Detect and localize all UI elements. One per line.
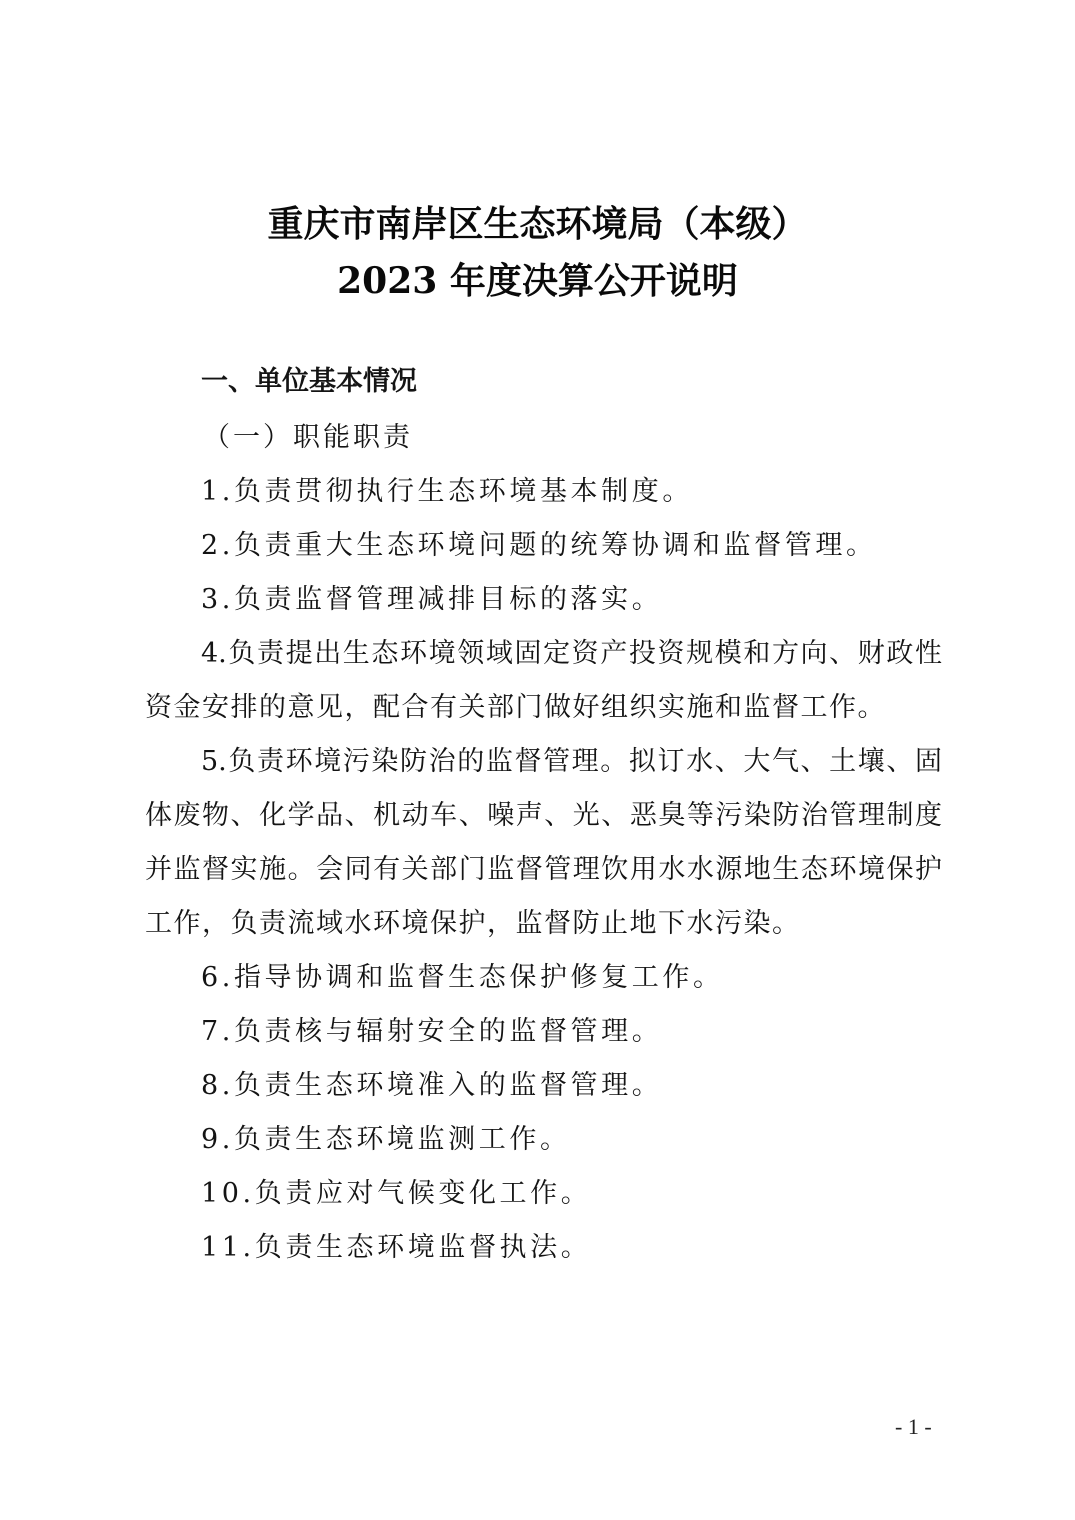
duty-item-4-line-1: 4.负责提出生态环境领域固定资产投资规模和方向、财政性 [201, 638, 942, 670]
document-title-line-1: 重庆市南岸区生态环境局（本级） [0, 196, 1075, 247]
duty-item-2: 2.负责重大生态环境问题的统筹协调和监督管理。 [201, 530, 877, 562]
duty-item-6: 6.指导协调和监督生态保护修复工作。 [201, 962, 724, 994]
duty-item-7: 7.负责核与辐射安全的监督管理。 [201, 1016, 662, 1048]
duty-item-8: 8.负责生态环境准入的监督管理。 [201, 1070, 662, 1102]
duty-item-5-line-1: 5.负责环境污染防治的监督管理。拟订水、大气、土壤、固 [201, 746, 942, 778]
document-title-line-2: 2023 年度决算公开说明 [0, 253, 1075, 304]
duty-item-4-line-2: 资金安排的意见，配合有关部门做好组织实施和监督工作。 [145, 692, 886, 724]
duty-item-10: 10.负责应对气候变化工作。 [201, 1178, 591, 1210]
document-page: 重庆市南岸区生态环境局（本级） 2023 年度决算公开说明 一、单位基本情况 （… [0, 0, 1075, 1520]
page-number: - 1 - [895, 1414, 932, 1440]
duty-item-9: 9.负责生态环境监测工作。 [201, 1124, 571, 1156]
duty-item-5-line-2: 体废物、化学品、机动车、噪声、光、恶臭等污染防治管理制度 [145, 800, 942, 832]
subsection-heading: （一）职能职责 [203, 422, 413, 454]
duty-item-1: 1.负责贯彻执行生态环境基本制度。 [201, 476, 693, 508]
section-heading: 一、单位基本情况 [201, 366, 417, 398]
duty-item-3: 3.负责监督管理减排目标的落实。 [201, 584, 662, 616]
duty-item-11: 11.负责生态环境监督执法。 [201, 1232, 591, 1264]
duty-item-5-line-4: 工作，负责流域水环境保护，监督防止地下水污染。 [145, 908, 801, 940]
duty-item-5-line-3: 并监督实施。会同有关部门监督管理饮用水水源地生态环境保护 [145, 854, 942, 886]
